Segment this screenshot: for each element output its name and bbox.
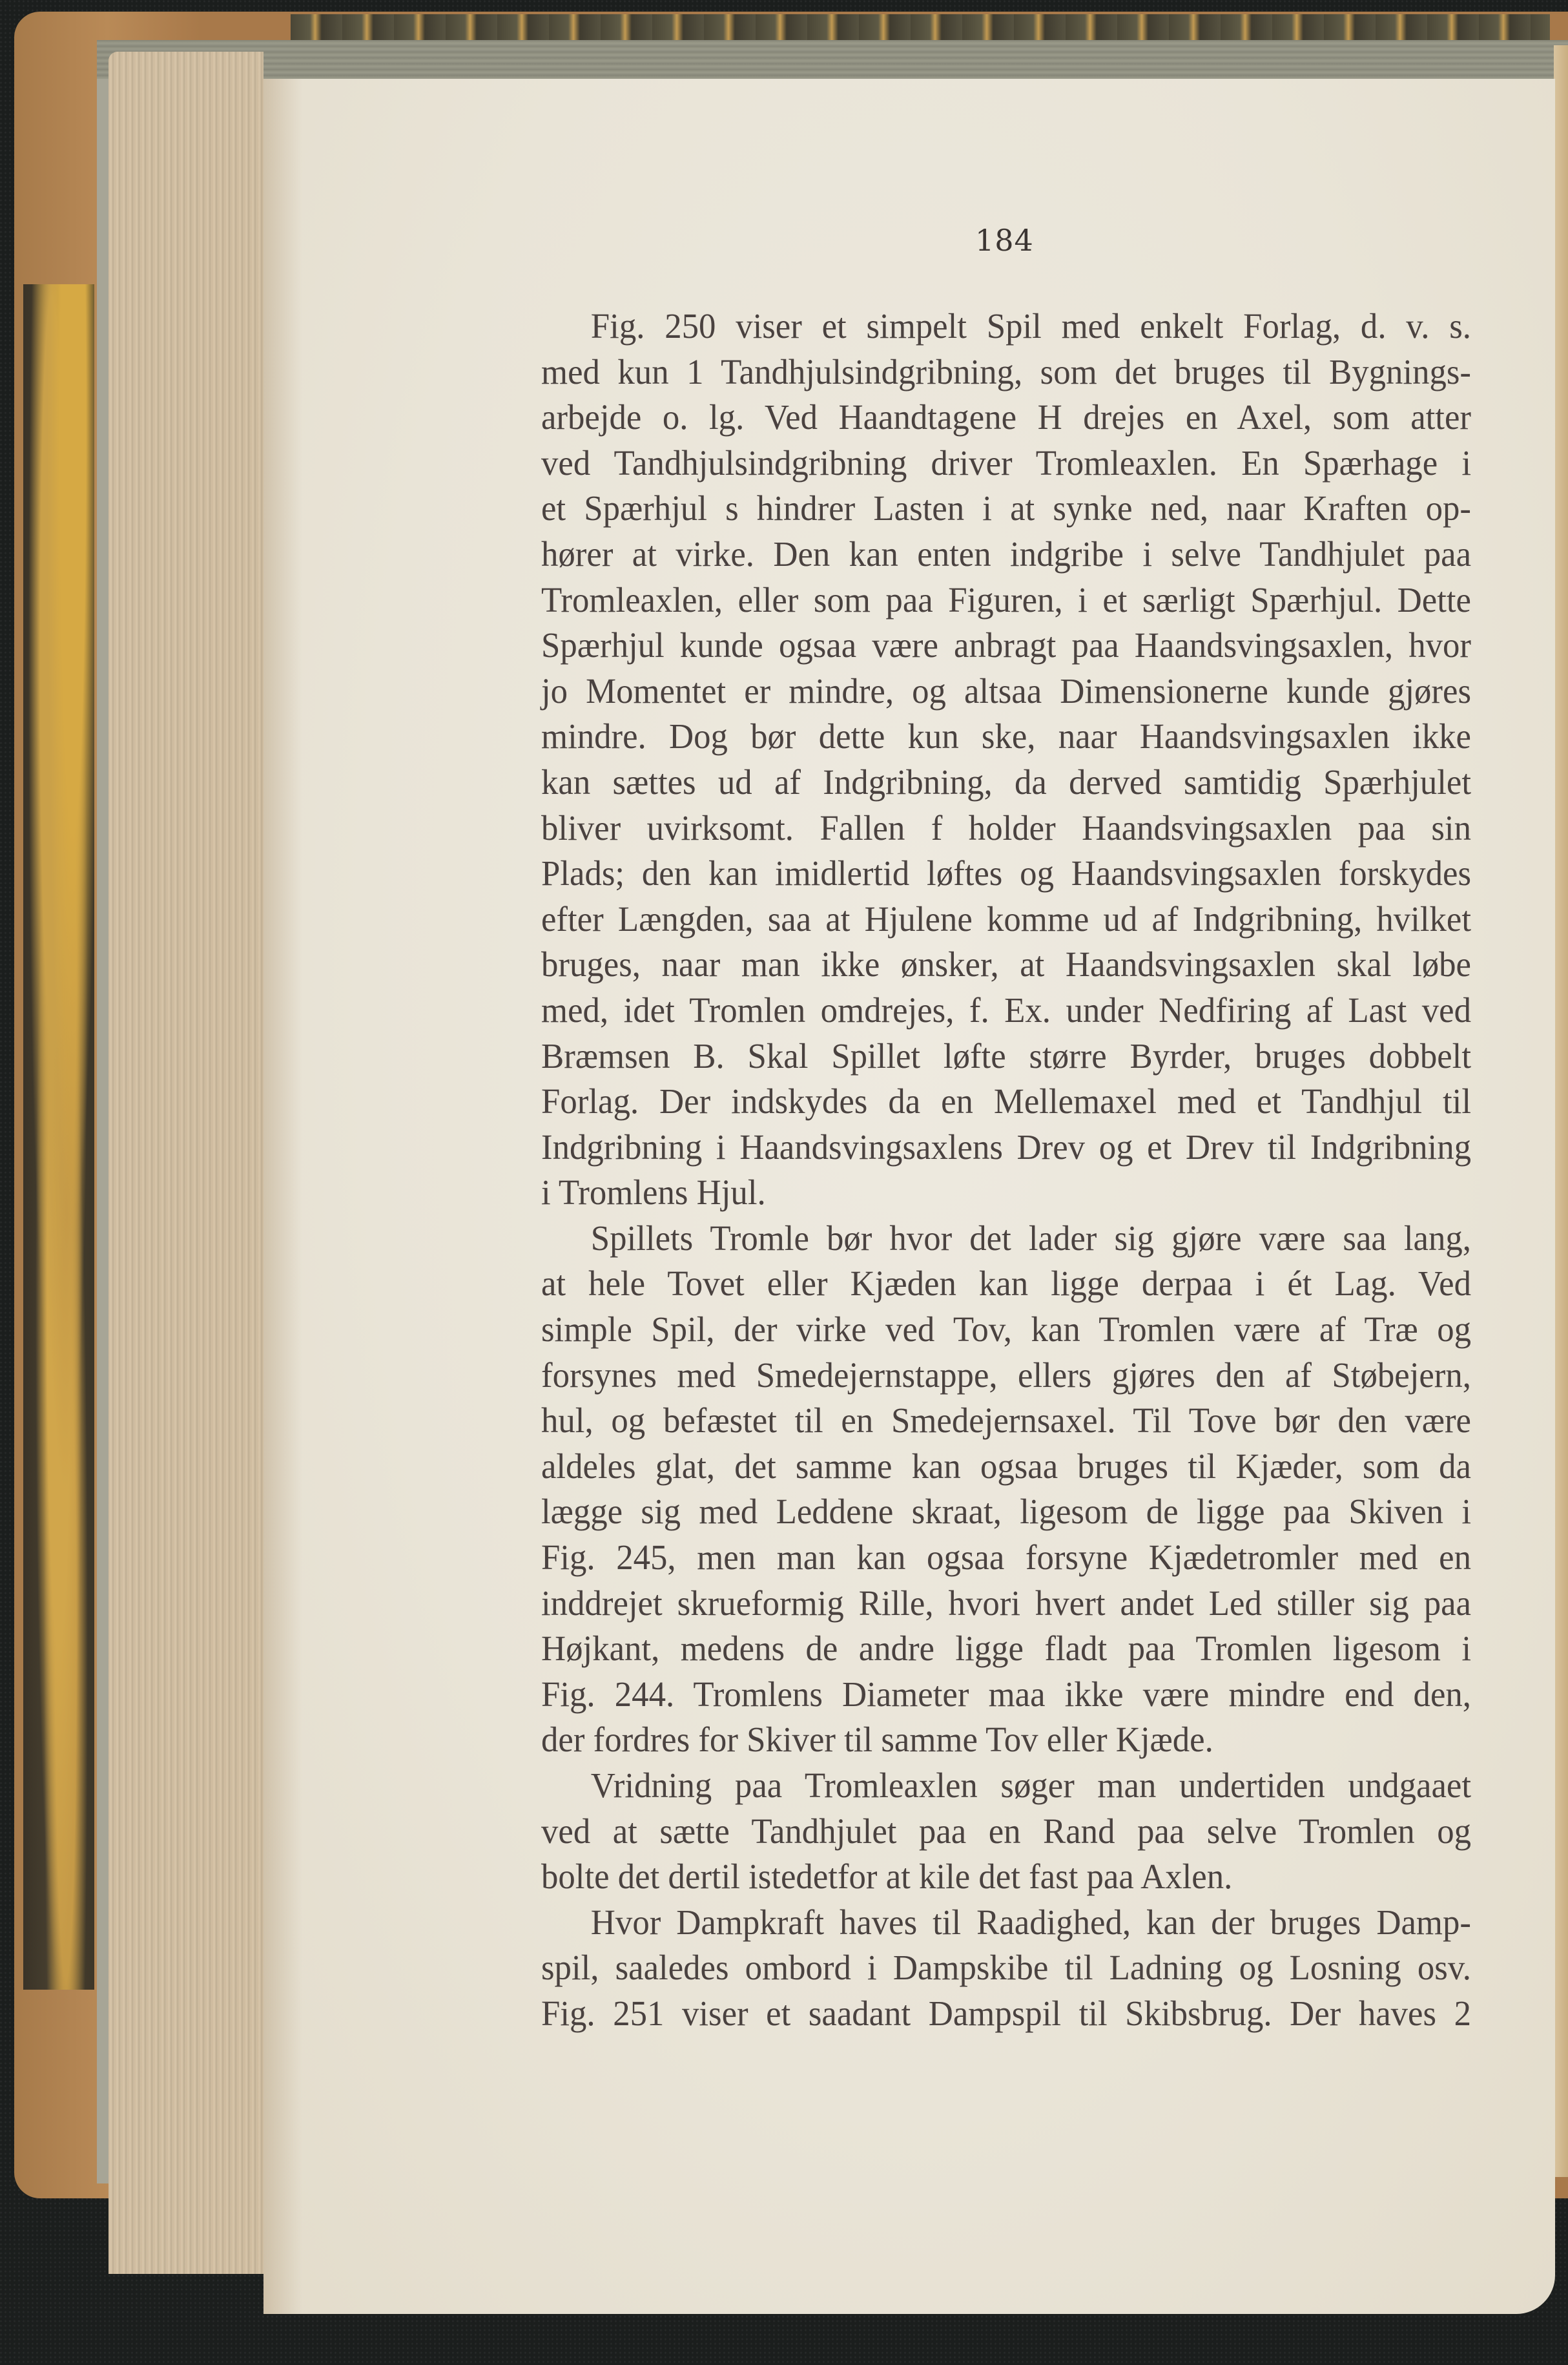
text-line: Fig. 245, men man kan ogsaa forsyne Kjæd… xyxy=(541,1535,1471,1581)
page-stack-edge xyxy=(108,52,263,2274)
page-number: 184 xyxy=(975,223,1034,258)
page-block-top-edge xyxy=(97,40,1568,79)
text-line: Forlag. Der indskydes da en Mellemaxel m… xyxy=(541,1079,1471,1125)
scan-background: 184 Fig. 250 viser et simpelt Spil med e… xyxy=(0,0,1568,2365)
text-line: forsynes med Smedejernstappe, ellers gjø… xyxy=(541,1353,1471,1399)
text-line: Plads; den kan imidlertid løftes og Haan… xyxy=(541,851,1471,897)
facing-page-edge xyxy=(1554,45,1568,2177)
text-line: at hele Tovet eller Kjæden kan ligge der… xyxy=(541,1261,1471,1307)
text-line: arbejde o. lg. Ved Haandtagene H drejes … xyxy=(541,395,1471,441)
text-line: bolte det dertil istedetfor at kile det … xyxy=(541,1854,1471,1900)
text-line: efter Længden, saa at Hjulene komme ud a… xyxy=(541,897,1471,943)
text-line: Hvor Dampkraft haves til Raadighed, kan … xyxy=(541,1900,1471,1946)
text-line: mindre. Dog bør dette kun ske, naar Haan… xyxy=(541,714,1471,760)
text-line: hører at virke. Den kan enten indgribe i… xyxy=(541,532,1471,578)
paragraph: Vridning paa Tromleaxlen søger man under… xyxy=(541,1763,1471,1900)
text-line: med kun 1 Tandhjulsindgribning, som det … xyxy=(541,349,1471,395)
text-line: spil, saaledes ombord i Dampskibe til La… xyxy=(541,1945,1471,1991)
text-line: aldeles glat, det samme kan ogsaa bruges… xyxy=(541,1444,1471,1490)
paragraph: Fig. 250 viser et simpelt Spil med enkel… xyxy=(541,304,1471,1216)
text-line: hul, og befæstet til en Smedejernsaxel. … xyxy=(541,1398,1471,1444)
paragraph: Spillets Tromle bør hvor det lader sig g… xyxy=(541,1216,1471,1763)
text-line: bruges, naar man ikke ønsker, at Haandsv… xyxy=(541,942,1471,988)
text-line: Fig. 250 viser et simpelt Spil med enkel… xyxy=(541,304,1471,349)
marbled-cover-top xyxy=(291,14,1550,41)
text-line: Fig. 244. Tromlens Diameter maa ikke vær… xyxy=(541,1672,1471,1718)
marbled-cover-left xyxy=(23,284,94,1990)
text-line: Spillets Tromle bør hvor det lader sig g… xyxy=(541,1216,1471,1262)
text-line: Vridning paa Tromleaxlen søger man under… xyxy=(541,1763,1471,1809)
gutter-shadow xyxy=(263,79,302,2314)
text-line: Spærhjul kunde ogsaa være anbragt paa Ha… xyxy=(541,623,1471,669)
text-line: kan sættes ud af Indgribning, da derved … xyxy=(541,760,1471,806)
text-line: inddrejet skrueformig Rille, hvori hvert… xyxy=(541,1581,1471,1627)
text-line: jo Momentet er mindre, og altsaa Dimensi… xyxy=(541,669,1471,714)
text-line: ved Tandhjulsindgribning driver Tromleax… xyxy=(541,441,1471,486)
text-line: bliver uvirksomt. Fallen f holder Haands… xyxy=(541,806,1471,851)
text-line: et Spærhjul s hindrer Lasten i at synke … xyxy=(541,486,1471,532)
text-line: Tromleaxlen, eller som paa Figuren, i et… xyxy=(541,578,1471,623)
body-text: Fig. 250 viser et simpelt Spil med enkel… xyxy=(541,304,1471,2037)
text-line: med, idet Tromlen omdrejes, f. Ex. under… xyxy=(541,988,1471,1034)
text-line: Fig. 251 viser et saadant Dampspil til S… xyxy=(541,1991,1471,2037)
text-line: Indgribning i Haandsvingsaxlens Drev og … xyxy=(541,1125,1471,1171)
text-line: i Tromlens Hjul. xyxy=(541,1170,1471,1216)
text-line: ved at sætte Tandhjulet paa en Rand paa … xyxy=(541,1809,1471,1855)
text-line: Højkant, medens de andre ligge fladt paa… xyxy=(541,1626,1471,1672)
endpaper-edge xyxy=(97,52,108,2183)
text-line: der fordres for Skiver til samme Tov ell… xyxy=(541,1717,1471,1763)
paragraph: Hvor Dampkraft haves til Raadighed, kan … xyxy=(541,1900,1471,2037)
text-line: simple Spil, der virke ved Tov, kan Trom… xyxy=(541,1307,1471,1353)
text-line: lægge sig med Leddene skraat, ligesom de… xyxy=(541,1489,1471,1535)
text-line: Bræmsen B. Skal Spillet løfte større Byr… xyxy=(541,1034,1471,1079)
